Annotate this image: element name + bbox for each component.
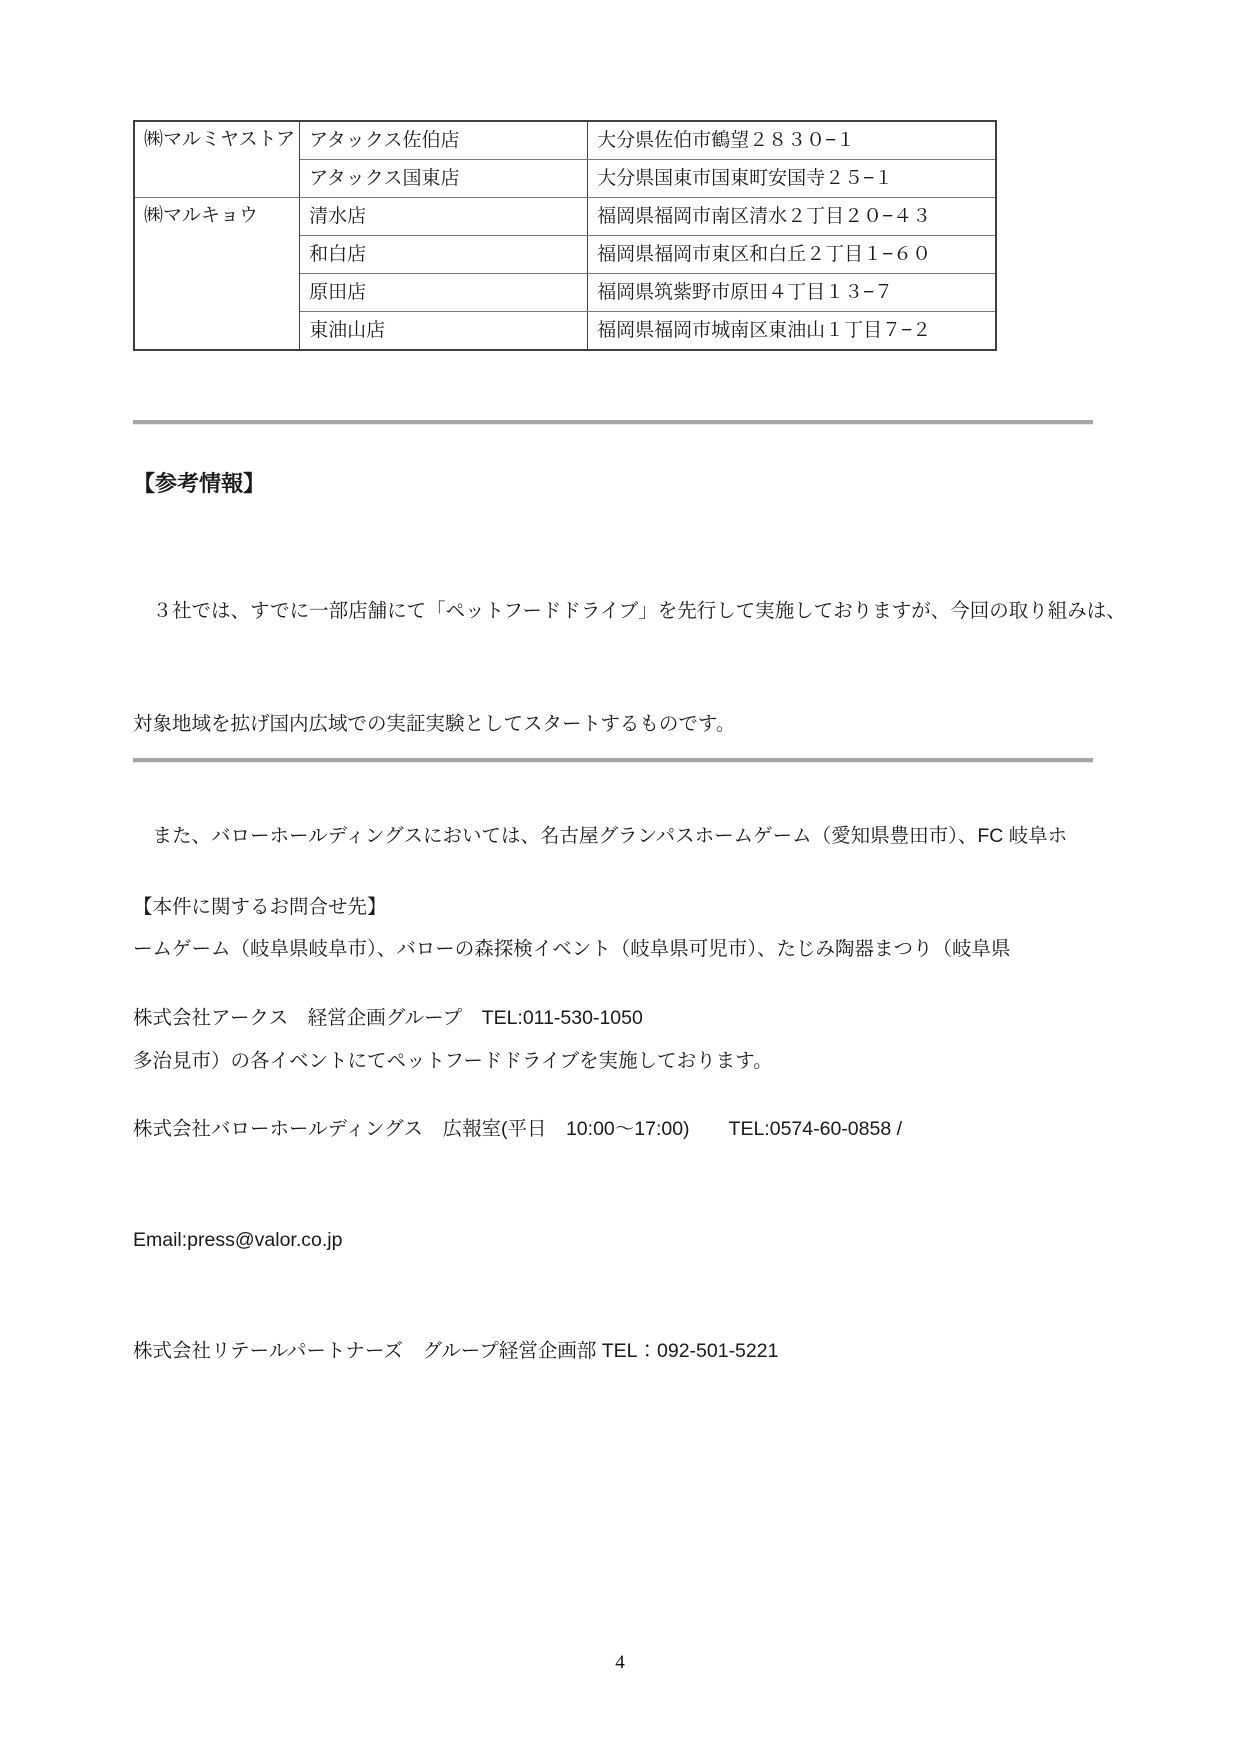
section-divider <box>133 758 1093 763</box>
store-address-cell: 大分県国東市国東町安国寺２５−１ <box>588 160 996 198</box>
contact-line-email: Email:press@valor.co.jp <box>133 1222 902 1259</box>
store-name-cell: 和白店 <box>300 236 588 274</box>
store-name-cell: 清水店 <box>300 198 588 236</box>
store-name-cell: アタックス国東店 <box>300 160 588 198</box>
table-row: ㈱マルミヤストア アタックス佐伯店 大分県佐伯市鶴望２８３０−１ <box>134 121 996 160</box>
section-divider <box>133 420 1093 425</box>
store-name-cell: 東油山店 <box>300 312 588 351</box>
store-address-cell: 福岡県福岡市城南区東油山１丁目７−２ <box>588 312 996 351</box>
table-row: ㈱マルキョウ 清水店 福岡県福岡市南区清水２丁目２０−４３ <box>134 198 996 236</box>
contact-line-arcs: 株式会社アークス 経営企画グループ TEL:011-530-1050 <box>133 1000 902 1037</box>
reference-section-heading: 【参考情報】 <box>133 467 265 498</box>
store-address-cell: 福岡県福岡市南区清水２丁目２０−４３ <box>588 198 996 236</box>
company-name-cell: ㈱マルミヤストア <box>134 121 300 198</box>
store-address-cell: 大分県佐伯市鶴望２８３０−１ <box>588 121 996 160</box>
page-number: 4 <box>0 1652 1240 1674</box>
store-address-cell: 福岡県筑紫野市原田４丁目１３−７ <box>588 274 996 312</box>
store-name-cell: 原田店 <box>300 274 588 312</box>
store-name-cell: アタックス佐伯店 <box>300 121 588 160</box>
document-page: ㈱マルミヤストア アタックス佐伯店 大分県佐伯市鶴望２８３０−１ アタックス国東… <box>0 0 1240 1755</box>
contact-section: 【本件に関するお問合せ先】 株式会社アークス 経営企画グループ TEL:011-… <box>133 815 902 1444</box>
contact-line-valor: 株式会社バローホールディングス 広報室(平日 10:00～17:00) TEL:… <box>133 1111 902 1148</box>
company-name-cell: ㈱マルキョウ <box>134 198 300 351</box>
store-address-table: ㈱マルミヤストア アタックス佐伯店 大分県佐伯市鶴望２８３０−１ アタックス国東… <box>133 120 997 351</box>
body-text-line: 対象地域を拡げ国内広域での実証実験としてスタートするものです。 <box>133 706 1126 744</box>
body-text-line: ３社では、すでに一部店舗にて「ペットフードドライブ」を先行して実施しておりますが… <box>133 593 1126 631</box>
contact-line-retail-partners: 株式会社リテールパートナーズ グループ経営企画部 TEL：092-501-522… <box>133 1333 902 1370</box>
store-address-cell: 福岡県福岡市東区和白丘２丁目１−６０ <box>588 236 996 274</box>
contact-section-heading: 【本件に関するお問合せ先】 <box>133 889 902 926</box>
